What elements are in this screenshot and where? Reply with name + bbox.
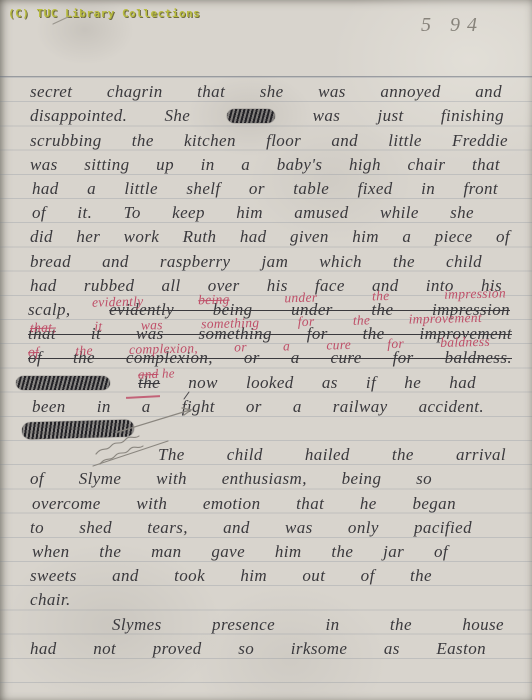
scribbled-out-words bbox=[22, 420, 134, 440]
manuscript-page: (C) TUC Library Collections 5 94 secret … bbox=[0, 0, 532, 700]
manuscript-line: to shed tears, and was only pacified bbox=[30, 517, 472, 541]
line-text: was just finishing bbox=[313, 106, 504, 125]
pencil-note-scribble bbox=[93, 436, 168, 466]
manuscript-line: bread and raspberry jam which the child bbox=[30, 251, 482, 275]
red-text: he bbox=[162, 365, 175, 380]
page-number: 5 94 bbox=[421, 14, 484, 37]
manuscript-line: had not proved so irksome as Easton bbox=[30, 638, 486, 662]
scribbled-out-word bbox=[16, 376, 110, 390]
red-crossed-text: of bbox=[28, 344, 39, 359]
red-crossed-text: that, bbox=[30, 320, 56, 336]
line-text: scalp, bbox=[28, 300, 71, 319]
red-crossed-text: and bbox=[138, 366, 159, 382]
scribbled-out-word bbox=[227, 109, 275, 123]
red-crossed-text: being bbox=[198, 292, 230, 308]
red-insertion: and he bbox=[138, 365, 175, 382]
line-text: disappointed. She bbox=[30, 106, 190, 125]
manuscript-line: of it. To keep him amused while she bbox=[32, 202, 474, 226]
manuscript-line: scrubbing the kitchen floor and little F… bbox=[30, 130, 508, 154]
red-text: evidently bbox=[92, 294, 144, 310]
manuscript-line: disappointed. She was just finishing bbox=[30, 105, 504, 129]
watermark-text: (C) TUC Library Collections bbox=[8, 7, 200, 20]
manuscript-line: of Slyme with enthusiasm, being so bbox=[30, 468, 432, 492]
manuscript-line: was sitting up in a baby's high chair th… bbox=[30, 154, 500, 178]
manuscript-line: overcome with emotion that he began bbox=[32, 493, 456, 517]
line-text: now looked as if he had bbox=[188, 373, 476, 392]
manuscript-line: The child hailed the arrival bbox=[158, 444, 506, 468]
manuscript-line: been in a fight or a railway accident. bbox=[32, 396, 484, 420]
manuscript-line: did her work Ruth had given him a piece … bbox=[30, 226, 510, 250]
top-margin-rule bbox=[0, 76, 532, 77]
manuscript-line: had a little shelf or table fixed in fro… bbox=[32, 178, 498, 202]
manuscript-line: sweets and took him out of the bbox=[30, 565, 432, 589]
manuscript-line: secret chagrin that she was annoyed and bbox=[30, 81, 502, 105]
manuscript-line: Slymes presence in the house bbox=[112, 614, 504, 638]
manuscript-line: chair. bbox=[30, 589, 150, 613]
manuscript-line: the now looked as if he had bbox=[16, 372, 476, 396]
manuscript-line: when the man gave him the jar of bbox=[32, 541, 448, 565]
